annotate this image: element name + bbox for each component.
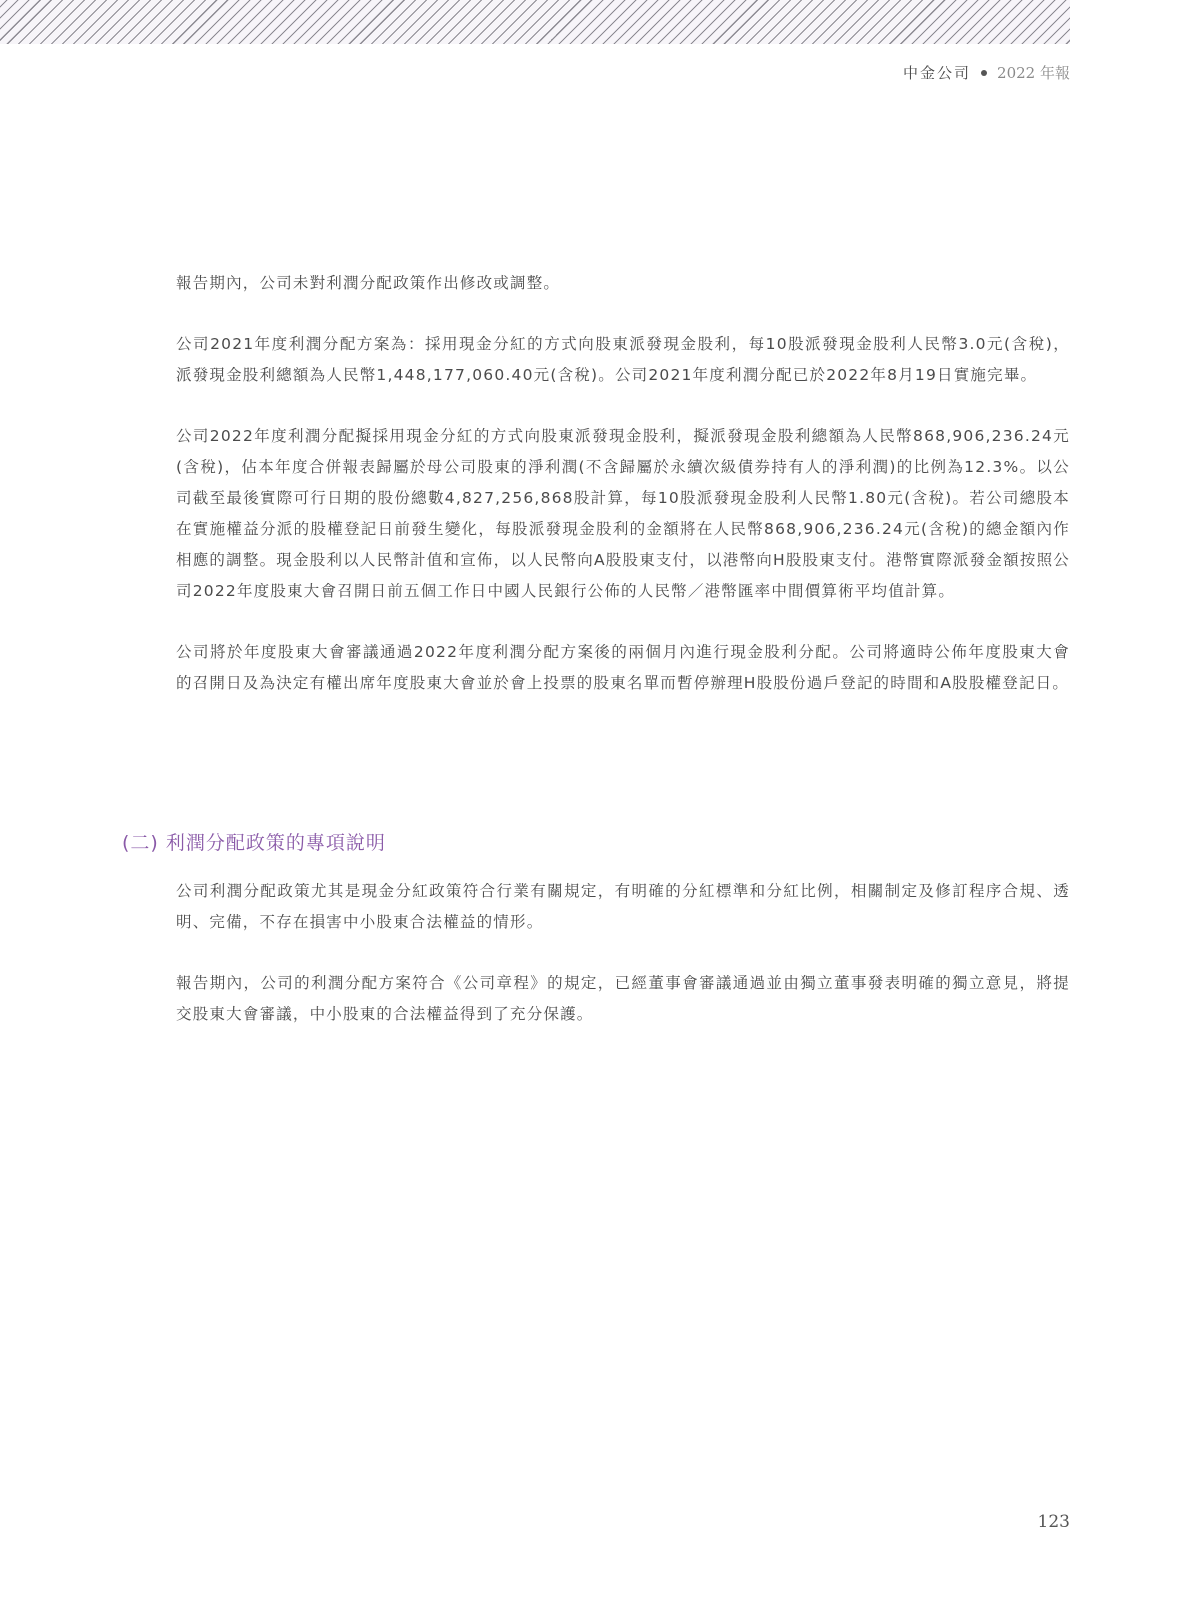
- paragraph: 公司將於年度股東大會審議通過2022年度利潤分配方案後的兩個月內進行現金股利分配…: [176, 637, 1070, 699]
- section2-body: 公司利潤分配政策尤其是現金分紅政策符合行業有關規定，有明確的分紅標準和分紅比例，…: [176, 876, 1070, 1060]
- header-company: 中金公司: [903, 64, 971, 82]
- paragraph: 公司2022年度利潤分配擬採用現金分紅的方式向股東派發現金股利，擬派發現金股利總…: [176, 421, 1070, 607]
- header-year-label: 2022 年報: [997, 64, 1070, 82]
- decorative-hatch-band: [0, 0, 1070, 44]
- paragraph: 公司2021年度利潤分配方案為：採用現金分紅的方式向股東派發現金股利，每10股派…: [176, 329, 1070, 391]
- paragraph: 公司利潤分配政策尤其是現金分紅政策符合行業有關規定，有明確的分紅標準和分紅比例，…: [176, 876, 1070, 938]
- running-header: 中金公司2022 年報: [903, 62, 1070, 83]
- section-heading: (二) 利潤分配政策的專項說明: [122, 828, 386, 855]
- page-number: 123: [1038, 1512, 1070, 1532]
- paragraph: 報告期內，公司未對利潤分配政策作出修改或調整。: [176, 268, 1070, 299]
- paragraph: 報告期內，公司的利潤分配方案符合《公司章程》的規定，已經董事會審議通過並由獨立董…: [176, 968, 1070, 1030]
- section1-body: 報告期內，公司未對利潤分配政策作出修改或調整。 公司2021年度利潤分配方案為：…: [176, 268, 1070, 729]
- bullet-separator-icon: [981, 70, 987, 76]
